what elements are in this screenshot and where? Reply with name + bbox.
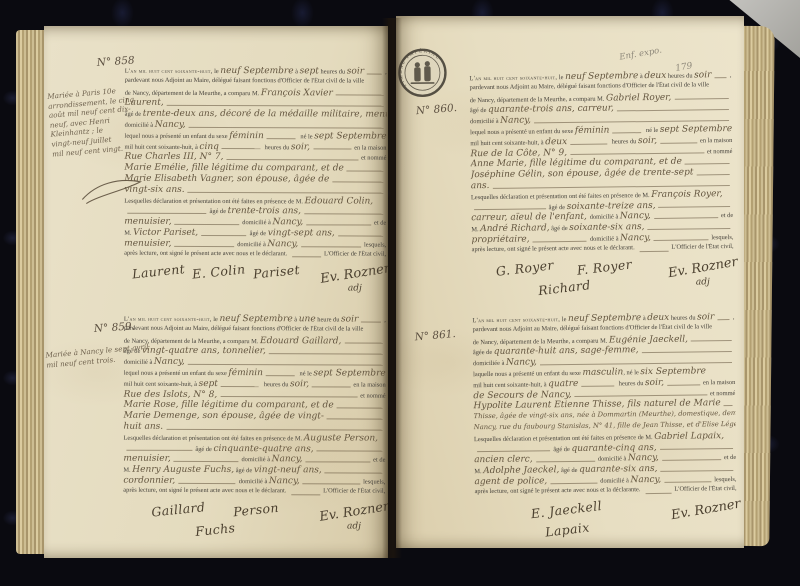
- printed-text: âgé de: [559, 467, 579, 474]
- printed-text: domicilié à: [470, 118, 500, 125]
- act-860-text: L'an mil huit cent soixante-huit, le neu…: [469, 70, 733, 257]
- handwritten-text: cordonnier,: [123, 476, 175, 486]
- printed-text: pardevant nous Adjoint au Maire, délégué…: [124, 324, 363, 332]
- act-number-861: N° 861.: [414, 328, 456, 343]
- blank-rule: [313, 149, 351, 150]
- handwritten-text: soir: [697, 312, 714, 322]
- officer-signature: Ev. Rozner adj: [319, 502, 388, 531]
- handwritten-text: Victor Pariset,: [133, 228, 198, 238]
- handwritten-text: cinq: [199, 142, 219, 152]
- act-line: vingt-six ans.: [124, 184, 386, 196]
- printed-text: domicilié à: [237, 241, 267, 248]
- printed-text: L'an mil huit cent soixante-huit,: [472, 316, 560, 324]
- printed-text: heures du: [262, 381, 290, 388]
- handwritten-text: Rue Charles III, N° 7,: [124, 152, 223, 162]
- printed-text: né le: [299, 133, 314, 140]
- handwritten-text: cinquante-quatre ans,: [213, 444, 313, 454]
- signature-row: Lapaix: [475, 520, 659, 542]
- handwritten-text: propriétaire,: [471, 234, 529, 245]
- handwritten-text: soir,: [290, 379, 309, 389]
- handwritten-text: soir: [347, 66, 364, 76]
- printed-text: lequel nous a présenté un enfant du sexe: [125, 132, 230, 139]
- printed-text: le: [212, 316, 220, 323]
- handwritten-text: une: [299, 314, 316, 324]
- act-line: après lecture, ont signé le présent acte…: [472, 243, 734, 257]
- printed-text: en la maison: [703, 379, 735, 386]
- printed-text: ,: [730, 72, 732, 79]
- printed-text: âgé de: [549, 204, 567, 211]
- handwritten-text: Nancy,: [154, 357, 185, 367]
- signature-row: Fuchs: [123, 521, 307, 542]
- handwritten-text: soir: [341, 314, 358, 324]
- act-860-signatures: G. RoyerF. RoyerRichard Ev. Rozner adj: [472, 258, 735, 305]
- blank-rule: [533, 241, 587, 243]
- printed-text: âgé de: [210, 208, 228, 215]
- blank-rule: [645, 492, 671, 493]
- handwritten-text: quarante-huit ans, sage-femme,: [494, 346, 639, 358]
- printed-text: le: [560, 316, 568, 323]
- act-line: après lecture, ont signé le présent acte…: [475, 485, 737, 499]
- printed-text: âgée de: [473, 349, 494, 356]
- blank-rule: [660, 448, 733, 450]
- handwritten-text: quarante-six ans,: [579, 464, 658, 475]
- blank-rule: [581, 385, 614, 386]
- signature: Fuchs: [194, 520, 236, 539]
- printed-text: âgé de: [195, 445, 213, 452]
- blank-rule: [327, 418, 383, 419]
- blank-rule: [174, 461, 239, 462]
- act-line: huit ans.: [124, 422, 386, 434]
- printed-text: et nommé: [710, 390, 735, 397]
- blank-rule: [337, 408, 383, 409]
- handwritten-text: Nancy,: [155, 120, 186, 130]
- blank-rule: [534, 120, 729, 123]
- blank-rule: [659, 206, 731, 208]
- handwritten-text: François Xavier: [261, 88, 333, 98]
- handwritten-text: soixante-six ans,: [569, 222, 644, 233]
- printed-text: domicilié à: [125, 122, 155, 129]
- act-858: L'an mil huit cent soixante-huit, le neu…: [124, 66, 387, 311]
- act-859: L'an mil huit cent soixante-huit, le neu…: [123, 314, 386, 544]
- handwritten-text: vingt-sept ans,: [268, 228, 335, 238]
- printed-text: âgé de: [553, 446, 571, 453]
- printed-text: Lesquelles déclaration et présentation o…: [471, 192, 651, 201]
- blank-rule: [338, 235, 383, 236]
- printed-text: après lecture, ont signé le présent acte…: [123, 486, 288, 494]
- handwritten-text: vingt-neuf ans,: [254, 465, 322, 475]
- signature-row: LaurentE. ColinPariset: [124, 264, 308, 285]
- act-line: après lecture, ont signé le présent acte…: [124, 249, 386, 261]
- blank-rule: [127, 213, 206, 214]
- handwritten-text: ans.: [471, 181, 490, 191]
- blank-rule: [305, 461, 370, 462]
- printed-text: , né le: [623, 369, 640, 376]
- handwritten-text: quatre: [548, 379, 578, 389]
- signature: G. Royer: [495, 257, 554, 279]
- blank-rule: [617, 109, 729, 111]
- handwritten-text: Nancy,: [506, 358, 537, 368]
- act-line: après lecture, ont signé le présent acte…: [123, 486, 385, 498]
- blank-rule: [175, 224, 240, 225]
- handwritten-text: vingt-six ans.: [124, 184, 184, 194]
- handwritten-text: soir,: [638, 136, 657, 146]
- blank-rule: [167, 105, 384, 107]
- handwritten-text: deux: [644, 71, 666, 81]
- printed-text: M.: [474, 468, 483, 475]
- blank-rule: [714, 77, 727, 78]
- printed-text: pardevant nous Adjoint au Maire, délégué…: [473, 323, 713, 333]
- blank-rule: [664, 481, 711, 483]
- handwritten-text: Marie Rose, fille légitime du comparant,…: [124, 400, 334, 411]
- handwritten-text: vingt-quatre ans, tonnelier,: [142, 346, 266, 356]
- blank-rule: [661, 470, 734, 472]
- printed-text: L'Officier de l'État civil,: [671, 243, 733, 251]
- handwritten-text: féminin: [228, 368, 263, 378]
- blank-rule: [654, 239, 708, 241]
- printed-text: de Nancy, département de la Meurthe, a c…: [125, 89, 261, 96]
- handwritten-text: Nancy,: [272, 217, 303, 227]
- signature-row: E. Jaeckell: [475, 500, 659, 522]
- handwritten-text: neuf Septembre: [568, 313, 641, 324]
- handwritten-text: sept: [300, 66, 319, 76]
- handwritten-text: féminin: [575, 125, 610, 135]
- signature: Ev. Rozner: [670, 496, 742, 523]
- handwritten-text: Gabriel Lapaix,: [654, 431, 724, 442]
- printed-text: mil huit cent soixante-huit, à: [473, 381, 548, 389]
- book-gutter-shadow: [382, 18, 402, 558]
- act-859-text: L'an mil huit cent soixante-huit, le neu…: [123, 314, 386, 498]
- blank-rule: [647, 228, 730, 230]
- blank-rule: [575, 395, 707, 398]
- handwritten-text: neuf Septembre: [220, 66, 293, 76]
- act-861-text: L'an mil huit cent soixante-huit, le neu…: [472, 312, 736, 499]
- blank-rule: [222, 148, 260, 149]
- printed-text: âgé de: [124, 348, 142, 355]
- handwritten-text: quarante-cinq ans,: [571, 443, 656, 454]
- signature: F. Royer: [576, 256, 633, 277]
- blank-rule: [267, 138, 296, 139]
- handwritten-text: de Secours de Nancy,: [473, 390, 571, 401]
- blank-rule: [691, 340, 732, 341]
- signature: E. Jaeckell: [530, 497, 603, 520]
- printed-text: M.: [471, 226, 480, 233]
- signature-row: G. RoyerF. Royer: [472, 258, 656, 280]
- blank-rule: [317, 451, 383, 452]
- handwritten-text: menuisier,: [124, 217, 171, 227]
- printed-text: M.: [124, 230, 133, 237]
- blank-rule: [361, 321, 381, 322]
- handwritten-text: ancien clerc,: [474, 455, 533, 466]
- handwritten-text: Adolphe Jaeckel,: [483, 465, 559, 476]
- handwritten-text: Edouard Colin,: [305, 196, 374, 206]
- printed-text: domicilié à: [124, 359, 154, 366]
- act-861-signatures: E. JaeckellLapaix Ev. Rozner: [475, 500, 737, 543]
- blank-rule: [685, 163, 730, 165]
- printed-text: âgé de: [125, 111, 143, 118]
- handwritten-text: Rue de la Côte, N° 9,: [470, 148, 567, 159]
- handwritten-text: agent de police,: [474, 476, 547, 487]
- blank-rule: [188, 364, 383, 366]
- printed-text: âgé de: [470, 107, 488, 114]
- handwritten-text: Marie Emélie, fille légitime du comparan…: [124, 163, 343, 174]
- printed-text: heures du: [610, 138, 638, 145]
- act-861: L'an mil huit cent soixante-huit, le neu…: [472, 312, 737, 543]
- signature: Richard: [537, 277, 591, 298]
- printed-text: âgé de: [234, 467, 254, 474]
- officer-signature: Ev. Rozner: [670, 499, 741, 519]
- handwritten-text: Rue des Islots, N° 8,: [124, 389, 218, 399]
- blank-rule: [536, 461, 595, 463]
- act-858-signatures: LaurentE. ColinPariset Ev. Rozner adj: [124, 264, 386, 311]
- handwritten-text: Nancy,: [620, 233, 651, 243]
- signature: Gaillard: [151, 499, 206, 519]
- blank-rule: [474, 209, 546, 211]
- handwritten-text: neuf Septembre: [565, 71, 638, 82]
- printed-text: mil huit cent soixante-huit, à: [124, 143, 199, 150]
- blank-rule: [301, 246, 361, 247]
- act-858-text: L'an mil huit cent soixante-huit, le neu…: [124, 66, 387, 261]
- handwritten-text: Nancy,: [269, 476, 300, 486]
- handwritten-text: soixante-treize ans,: [567, 201, 656, 212]
- printed-text: L'an mil huit cent soixante-huit,: [469, 74, 557, 82]
- blank-rule: [674, 98, 728, 100]
- blank-rule: [724, 405, 733, 406]
- blank-rule: [325, 472, 383, 473]
- blank-rule: [175, 245, 235, 246]
- handwritten-text: soir,: [291, 142, 310, 152]
- register-book-photo: N° 858 Mariée à Paris 10earrondissement,…: [0, 0, 800, 586]
- printed-text: ,: [733, 314, 735, 321]
- blank-rule: [477, 451, 550, 453]
- register-page-left: N° 858 Mariée à Paris 10earrondissement,…: [44, 26, 388, 558]
- printed-text: lesquels,: [711, 234, 733, 241]
- blank-rule: [266, 375, 295, 376]
- printed-text: et de: [724, 454, 736, 461]
- blank-rule: [570, 153, 704, 156]
- act-859-signatures: GaillardPersonFuchs Ev. Rozner adj: [123, 501, 385, 544]
- printed-text: heures du: [666, 72, 694, 79]
- handwritten-text: François Royer,: [651, 189, 722, 200]
- handwritten-text: Nancy,: [267, 239, 298, 249]
- handwritten-text: trente-trois ans,: [228, 206, 301, 216]
- printed-text: domicilié à: [590, 214, 620, 221]
- printed-text: lequel nous a présenté un enfant du sexe: [470, 128, 575, 136]
- printed-text: lequel nous a présenté un enfant du sexe: [124, 370, 229, 377]
- blank-rule: [189, 127, 384, 129]
- blank-rule: [332, 181, 383, 182]
- handwritten-text: Marie Elisabeth Vagner, son épouse, âgée…: [124, 174, 329, 185]
- printed-text: de Nancy, département de la Meurthe, a c…: [473, 337, 609, 346]
- printed-text: après lecture, ont signé le présent acte…: [472, 244, 637, 253]
- printed-text: domicilié à: [590, 235, 620, 242]
- handwritten-text: huit ans.: [124, 422, 164, 432]
- handwritten-text: masculin: [582, 367, 623, 377]
- printed-text: heures du: [669, 314, 697, 321]
- handwritten-text: Edouard Gaillard,: [260, 336, 341, 346]
- handwritten-text: soir,: [645, 378, 664, 388]
- blank-rule: [312, 386, 350, 387]
- handwritten-text: sept Septembre: [313, 368, 385, 378]
- handwritten-text: menuisier,: [123, 454, 170, 464]
- blank-rule: [126, 450, 192, 451]
- printed-text: né le: [298, 370, 313, 377]
- printed-text: domiciliée à: [473, 360, 506, 367]
- printed-text: mil huit cent soixante-huit, à: [470, 139, 545, 147]
- blank-rule: [654, 217, 718, 219]
- handwritten-text: Eugénie Jaeckell,: [609, 334, 688, 345]
- printed-text: le: [212, 68, 220, 75]
- printed-text: et de: [721, 212, 733, 219]
- signature: Lapaix: [544, 519, 590, 539]
- printed-text: laquelle nous a présenté un enfant du se…: [473, 370, 582, 378]
- printed-text: L'Officier de l'État civil,: [674, 485, 736, 493]
- printed-text: heures du: [263, 144, 291, 151]
- blank-rule: [570, 143, 607, 144]
- printed-text: L'an mil huit cent soixante-huit,: [124, 316, 212, 323]
- handwritten-text: Auguste Person,: [304, 433, 378, 443]
- printed-text: pardevant nous Adjoint au Maire, délégué…: [470, 81, 710, 91]
- printed-text: domicilié à: [600, 477, 630, 484]
- blank-rule: [188, 191, 384, 193]
- printed-text: de Nancy, département de la Meurthe, a c…: [124, 337, 260, 344]
- signature: Laurent: [131, 261, 185, 281]
- handwritten-text: Nancy,: [620, 211, 651, 221]
- handwritten-text: quarante-trois ans, carreur,: [488, 104, 614, 116]
- signature: Person: [233, 499, 280, 519]
- printed-text: L'Officier de l'État civil,: [323, 487, 385, 494]
- printed-text: M.: [123, 467, 132, 474]
- printed-text: domicilié à: [598, 456, 628, 463]
- printed-text: lesquels,: [714, 476, 736, 483]
- printed-text: heure du: [316, 316, 341, 323]
- printed-text: L'Officier de l'État civil,: [324, 250, 386, 257]
- printed-text: le: [557, 74, 565, 81]
- handwritten-text: Laurent,: [125, 98, 164, 108]
- printed-text: domicilié à: [241, 456, 271, 463]
- act-860: L'an mil huit cent soixante-huit, le neu…: [469, 70, 734, 305]
- printed-text: pardevant nous Adjoint au Maire, délégué…: [125, 76, 364, 84]
- handwritten-text: sept Septembre: [314, 131, 386, 141]
- handwritten-text: trente-deux ans, décoré de la médaille m…: [143, 109, 387, 120]
- printed-text: âgé de: [250, 230, 268, 237]
- blank-rule: [304, 213, 383, 214]
- handwritten-text: carreur, aïeul de l'enfant,: [471, 212, 590, 223]
- handwritten-text: féminin: [229, 131, 264, 141]
- handwritten-text: six Septembre: [640, 366, 706, 377]
- printed-text: Lesquelles déclaration et présentation o…: [124, 197, 304, 205]
- signature: Pariset: [253, 262, 301, 282]
- blank-rule: [639, 250, 668, 251]
- blank-rule: [292, 257, 321, 258]
- blank-rule: [660, 142, 697, 143]
- blank-rule: [221, 386, 259, 387]
- blank-rule: [226, 159, 358, 160]
- handwritten-text: Gabriel Royer,: [606, 92, 671, 103]
- handwritten-text: sept Septembre: [660, 124, 732, 135]
- printed-text: domicilié à: [239, 478, 269, 485]
- timbre-imperial-stamp: TIMBRE IMPÉRIAL: [397, 47, 448, 98]
- blank-rule: [269, 353, 383, 354]
- blank-rule: [717, 319, 730, 320]
- officer-signature: Ev. Rozner adj: [667, 257, 738, 287]
- pencil-note: Enf. expo.: [619, 46, 663, 63]
- blank-rule: [696, 174, 729, 175]
- signature-row: Richard: [472, 278, 656, 300]
- handwritten-text: sept: [199, 379, 218, 389]
- handwritten-text: soir: [694, 70, 711, 80]
- blank-rule: [642, 351, 732, 353]
- printed-text: Lesquelles déclaration et présentation o…: [474, 434, 654, 443]
- blank-rule: [550, 482, 597, 484]
- handwritten-text: menuisier,: [124, 238, 171, 248]
- printed-text: heures du: [617, 380, 645, 387]
- blank-rule: [303, 483, 360, 484]
- signature: E. Colin: [192, 262, 247, 282]
- handwritten-text: neuf Septembre: [219, 314, 292, 324]
- printed-text: âgé de: [550, 225, 570, 232]
- act-line: domicilié à Nancy,: [125, 120, 387, 132]
- blank-rule: [220, 396, 357, 397]
- printed-text: L'an mil huit cent soixante-huit,: [125, 68, 213, 75]
- blank-rule: [336, 95, 384, 96]
- blank-rule: [166, 429, 382, 431]
- printed-text: et nommé: [707, 148, 732, 155]
- blank-rule: [367, 73, 382, 74]
- printed-text: heures du: [319, 68, 347, 75]
- blank-rule: [540, 362, 732, 365]
- printed-text: après lecture, ont signé le présent acte…: [124, 249, 289, 257]
- printed-text: en la maison: [700, 137, 732, 144]
- printed-text: mil huit cent soixante-huit, à: [124, 380, 199, 387]
- blank-rule: [662, 459, 721, 461]
- handwritten-text: deux: [647, 313, 669, 323]
- officer-signature: Ev. Rozner adj: [320, 265, 388, 294]
- signature-row: GaillardPerson: [123, 501, 307, 522]
- handwritten-text: Nancy,: [630, 475, 661, 485]
- handwritten-text: deux: [545, 137, 567, 147]
- blank-rule: [291, 494, 320, 495]
- blank-rule: [492, 185, 729, 189]
- printed-text: Lesquelles déclaration et présentation o…: [123, 434, 303, 442]
- handwritten-text: André Richard,: [480, 223, 549, 234]
- printed-text: né le: [644, 127, 660, 134]
- printed-text: après lecture, ont signé le présent acte…: [475, 486, 643, 495]
- printed-text: domicilié à: [242, 219, 272, 226]
- act-line: domicilié à Nancy,: [124, 357, 386, 369]
- blank-rule: [178, 483, 235, 484]
- blank-rule: [306, 224, 371, 225]
- handwritten-text: Marie Demenge, son épouse, âgée de vingt…: [124, 411, 324, 422]
- blank-rule: [344, 343, 382, 344]
- blank-rule: [612, 132, 641, 133]
- handwritten-text: Henry Auguste Fuchs,: [132, 465, 234, 475]
- blank-rule: [667, 384, 700, 385]
- act-number-860: N° 860.: [415, 102, 457, 117]
- register-page-right: TIMBRE IMPÉRIAL Enf. expo. 179 N° 860. L…: [396, 16, 744, 548]
- printed-text: en la maison: [353, 381, 385, 388]
- printed-text: de Nancy, département de la Meurthe, a c…: [470, 95, 606, 104]
- handwritten-text: Nancy,: [628, 453, 659, 463]
- blank-rule: [201, 235, 246, 236]
- handwritten-text: Nancy,: [500, 116, 531, 126]
- blank-rule: [347, 170, 384, 171]
- handwritten-text: Nancy,: [272, 455, 303, 465]
